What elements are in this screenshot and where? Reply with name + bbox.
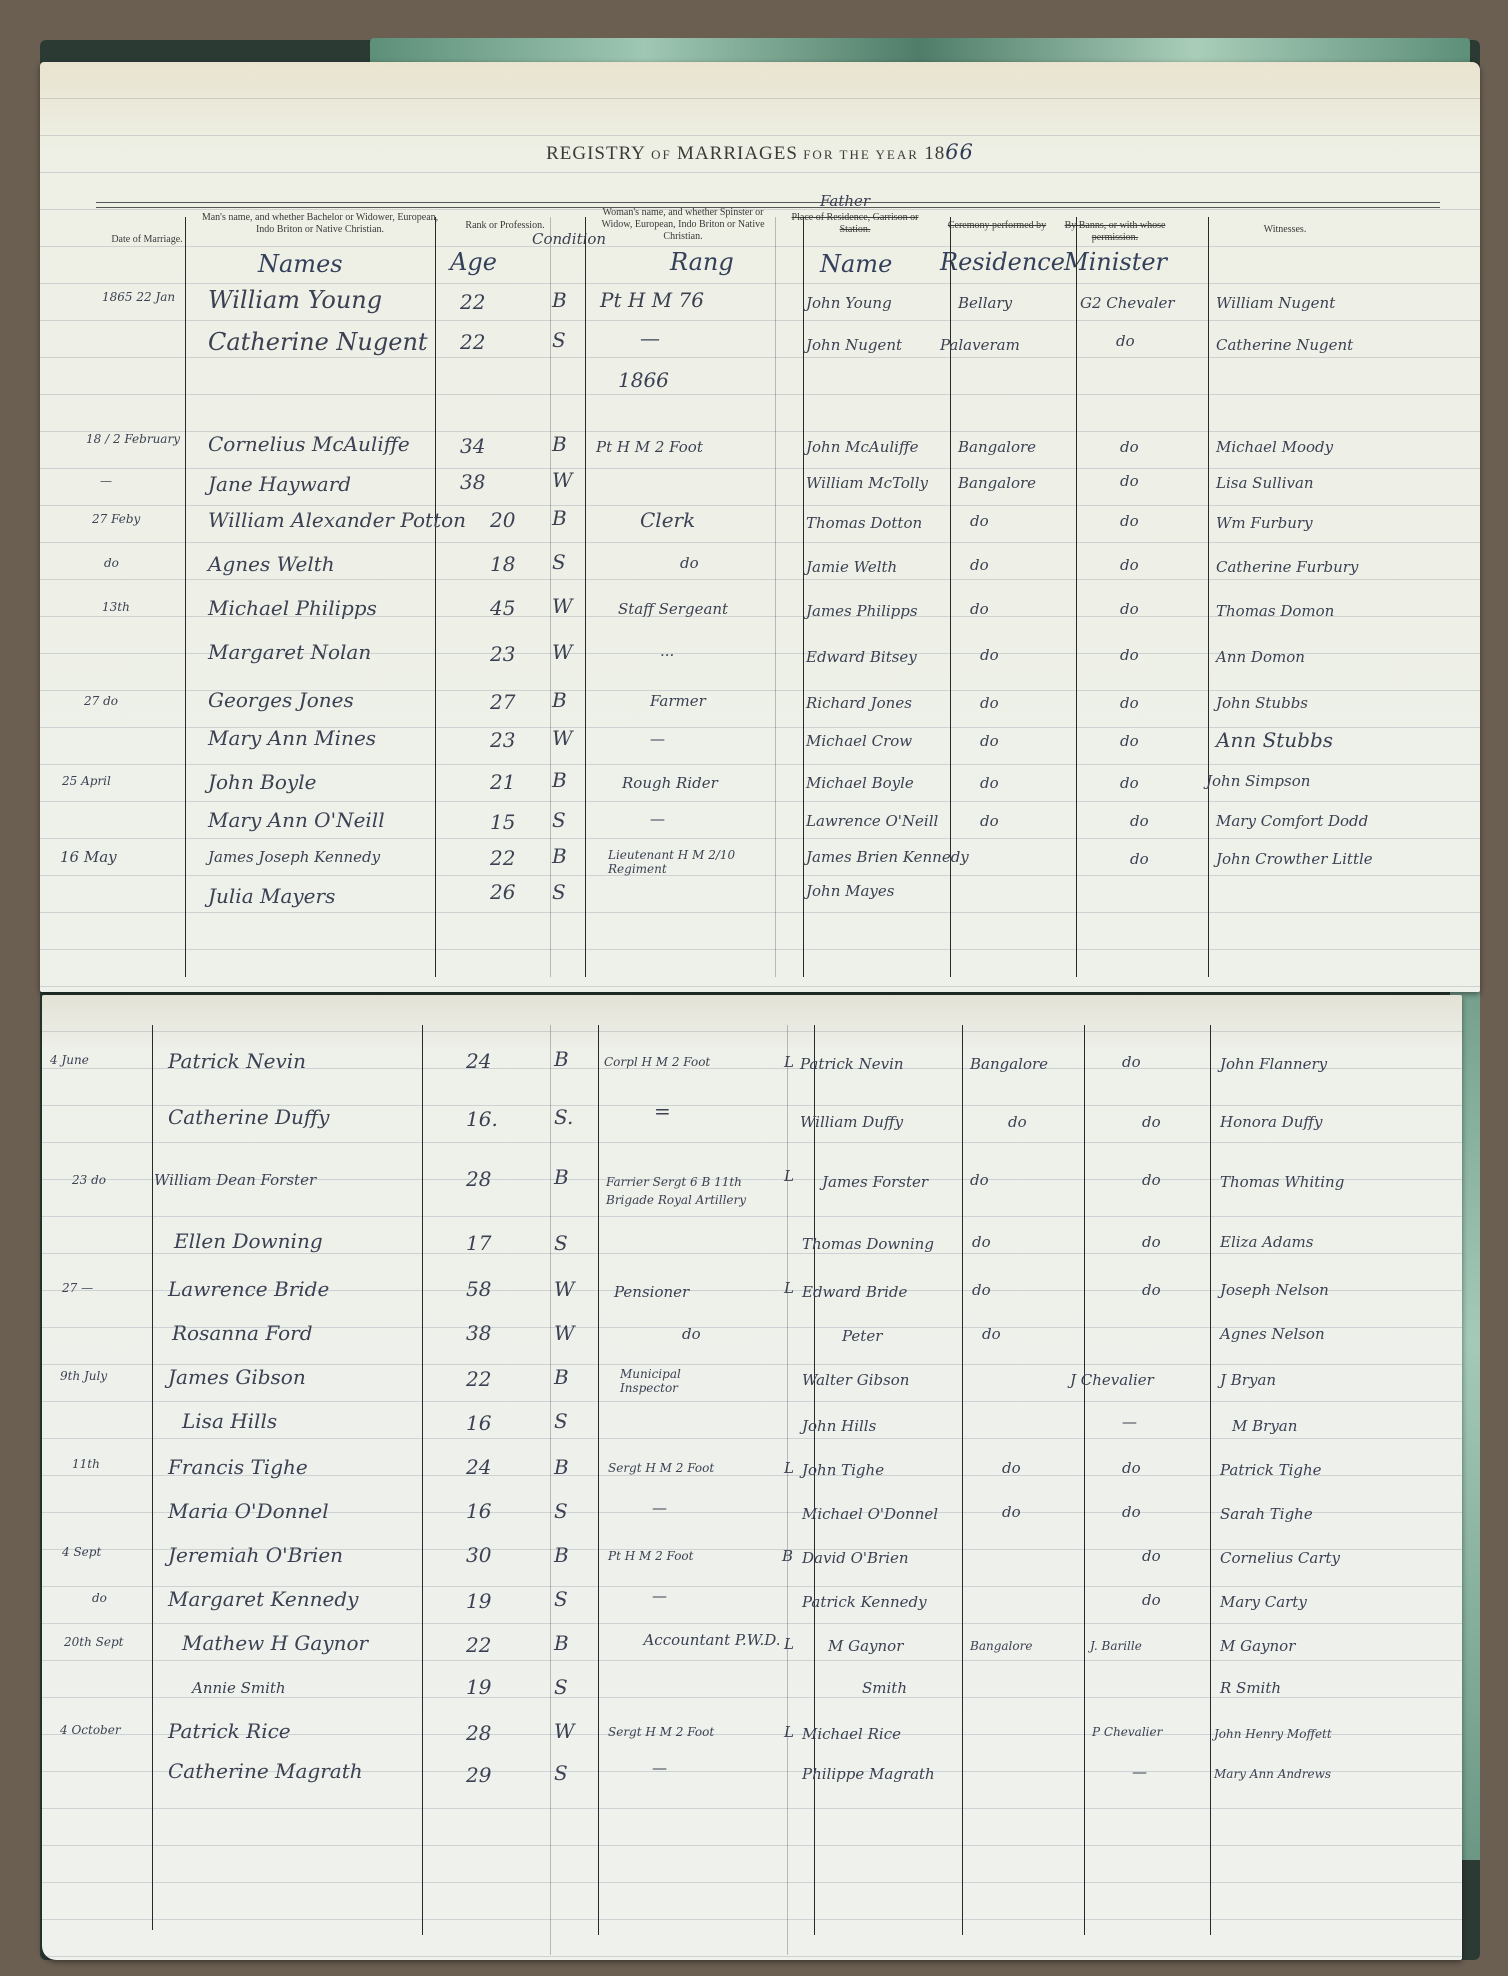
row-witness: John Simpson: [1206, 772, 1310, 790]
row-father: John Mayes: [806, 882, 894, 900]
row-condition: S.: [554, 1105, 573, 1129]
row-residence: do: [980, 694, 999, 712]
row-name: Cornelius McAuliffe: [208, 432, 410, 456]
column-divider: [814, 1025, 815, 1935]
row-rank: Rough Rider: [622, 774, 718, 792]
row-age: 18: [490, 552, 515, 576]
row-residence: do: [972, 1233, 991, 1251]
row-minister: —: [1132, 1763, 1147, 1781]
row-name: Margaret Kennedy: [168, 1587, 358, 1611]
row-condition: B: [554, 1631, 569, 1655]
row-name: William Young: [208, 286, 382, 314]
row-witness: M Gaynor: [1220, 1637, 1295, 1655]
row-age: 27: [490, 690, 515, 714]
row-residence: do: [970, 556, 989, 574]
row-rank: Clerk: [640, 508, 695, 532]
column-divider: [598, 1025, 599, 1935]
row-residence: do: [980, 646, 999, 664]
row-minister: do: [1142, 1281, 1161, 1299]
row-age: 58: [466, 1277, 491, 1301]
row-witness: Honora Duffy: [1220, 1113, 1322, 1131]
row-rank: —: [652, 1759, 667, 1777]
row-father: Patrick Nevin: [800, 1055, 904, 1073]
row-age: 38: [460, 470, 485, 494]
row-age: 23: [490, 642, 515, 666]
row-minister: do: [1130, 812, 1149, 830]
row-father: Walter Gibson: [802, 1371, 909, 1389]
row-witness: John Crowther Little: [1216, 850, 1373, 868]
row-date: 9th July: [60, 1369, 107, 1383]
row-condition: W: [552, 640, 573, 664]
col-header-condition-hand: Condition: [532, 230, 606, 248]
row-age: 30: [466, 1543, 491, 1567]
row-father: James Brien Kennedy: [806, 848, 969, 866]
title-year-handwritten: 66: [945, 140, 974, 164]
row-age: 26: [490, 880, 515, 904]
row-father: Smith: [862, 1679, 907, 1697]
col-header-witnesses: Witnesses.: [1220, 224, 1350, 236]
row-father: Richard Jones: [806, 694, 912, 712]
row-residence: Bangalore: [970, 1639, 1032, 1653]
row-residence: do: [1002, 1459, 1021, 1477]
row-witness: William Nugent: [1216, 294, 1335, 312]
row-witness: Agnes Nelson: [1220, 1325, 1325, 1343]
row-mark: L: [784, 1053, 794, 1071]
row-condition: B: [554, 1365, 569, 1389]
column-divider: [585, 217, 586, 977]
row-witness: John Henry Moffett: [1214, 1727, 1332, 1741]
row-rank: —: [650, 810, 665, 828]
col-header-man-hand: Names: [258, 250, 343, 278]
row-condition: B: [552, 844, 567, 868]
row-name: Lawrence Bride: [168, 1277, 329, 1301]
row-residence: do: [1002, 1503, 1021, 1521]
col-header-residence-hand: Residence: [940, 248, 1065, 276]
row-rank: Staff Sergeant: [618, 600, 728, 618]
row-witness: Thomas Domon: [1216, 602, 1334, 620]
row-witness: Lisa Sullivan: [1216, 474, 1314, 492]
row-minister: do: [1120, 774, 1139, 792]
row-mark: L: [784, 1723, 794, 1741]
row-witness: M Bryan: [1232, 1417, 1297, 1435]
row-father: M Gaynor: [828, 1637, 903, 1655]
row-condition: B: [554, 1455, 569, 1479]
row-rank: Farrier Sergt 6 B 11th Brigade Royal Art…: [606, 1173, 776, 1209]
column-divider: [1084, 1025, 1085, 1935]
row-age: 22: [460, 290, 485, 314]
row-rank: Accountant P.W.D.: [642, 1631, 782, 1649]
row-rank: Farmer: [650, 692, 706, 710]
col-header-ceremony: Ceremony performed by: [948, 220, 1046, 231]
column-divider: [185, 217, 186, 977]
row-name: Mary Ann Mines: [208, 726, 376, 750]
row-condition: S: [552, 328, 566, 352]
row-minister: do: [1120, 512, 1139, 530]
row-father: John Tighe: [802, 1461, 884, 1479]
row-father: Peter: [842, 1327, 882, 1345]
row-father: Thomas Dotton: [806, 514, 922, 532]
row-name: Agnes Welth: [208, 552, 335, 576]
row-father: Michael Crow: [806, 732, 912, 750]
col-header-banns: By Banns, or with whose permission.: [1065, 220, 1166, 243]
col-header-date: Date of Marriage.: [102, 234, 192, 246]
row-condition: S: [554, 1499, 568, 1523]
row-date: 1865 22 Jan: [102, 290, 175, 304]
row-minister: J. Barille: [1090, 1639, 1142, 1653]
row-witness: Michael Moody: [1216, 438, 1333, 456]
col-header-man: Man's name, and whether Bachelor or Wido…: [200, 212, 440, 236]
row-age: 16: [466, 1499, 491, 1523]
row-residence: Bellary: [958, 294, 1012, 312]
row-name: Francis Tighe: [168, 1455, 308, 1479]
row-condition: S: [554, 1231, 568, 1255]
row-residence: Bangalore: [958, 438, 1036, 456]
row-condition: W: [554, 1277, 575, 1301]
row-witness: John Flannery: [1220, 1055, 1327, 1073]
row-date: —: [100, 474, 112, 488]
row-age: 28: [466, 1721, 491, 1745]
row-date: 11th: [72, 1457, 100, 1471]
row-father: William McTolly: [806, 474, 928, 492]
column-divider: [1208, 217, 1209, 977]
row-name: Jeremiah O'Brien: [168, 1543, 343, 1567]
row-name: Mary Ann O'Neill: [208, 808, 385, 832]
row-age: 22: [460, 330, 485, 354]
row-residence: do: [1008, 1113, 1027, 1131]
row-name: Julia Mayers: [208, 884, 335, 908]
row-rank: Pt H M 2 Foot: [608, 1549, 693, 1563]
row-minister: do: [1120, 694, 1139, 712]
row-age: 28: [466, 1167, 491, 1191]
row-condition: B: [552, 288, 567, 312]
row-condition: S: [554, 1761, 568, 1785]
row-residence: do: [980, 732, 999, 750]
row-mark: L: [784, 1635, 794, 1653]
row-father: Edward Bitsey: [806, 648, 917, 666]
row-name: Georges Jones: [208, 688, 354, 712]
row-condition: B: [552, 506, 567, 530]
column-divider: [550, 1025, 551, 1955]
row-father: John McAuliffe: [806, 438, 919, 456]
title-of: OF: [651, 147, 672, 162]
row-father: Lawrence O'Neill: [806, 812, 938, 830]
row-rank: —: [650, 730, 665, 748]
row-minister: do: [1122, 1459, 1141, 1477]
row-father: Patrick Kennedy: [802, 1593, 927, 1611]
column-divider: [787, 1025, 788, 1955]
row-minister: do: [1120, 646, 1139, 664]
row-date: 20th Sept: [64, 1635, 123, 1649]
row-name: Annie Smith: [192, 1679, 286, 1697]
year-marker: 1866: [618, 368, 669, 392]
column-divider: [435, 217, 436, 977]
row-mark: L: [784, 1167, 794, 1185]
row-condition: B: [554, 1047, 569, 1071]
row-age: 17: [466, 1231, 491, 1255]
row-condition: S: [554, 1675, 568, 1699]
row-residence: Palaveram: [940, 336, 1020, 354]
title-for-the-year: FOR THE YEAR: [803, 147, 919, 162]
row-age: 22: [466, 1367, 491, 1391]
row-date: 16 May: [60, 848, 117, 866]
row-age: 21: [490, 770, 515, 794]
row-date: 23 do: [72, 1173, 106, 1187]
col-header-name-hand: Name: [820, 250, 892, 278]
row-name: William Alexander Potton: [208, 508, 466, 532]
column-divider: [962, 1025, 963, 1935]
col-header-place: Place of Residence, Garrison or Station.: [792, 212, 919, 235]
row-age: 19: [466, 1589, 491, 1613]
row-name: Patrick Nevin: [168, 1049, 306, 1073]
row-residence: do: [980, 812, 999, 830]
row-rank: Corpl H M 2 Foot: [604, 1055, 710, 1069]
row-rank: —: [652, 1499, 667, 1517]
row-minister: do: [1122, 1053, 1141, 1071]
row-age: 34: [460, 434, 485, 458]
row-witness: Cornelius Carty: [1220, 1549, 1340, 1567]
row-date: 4 June: [50, 1053, 89, 1067]
row-father: Michael O'Donnel: [802, 1505, 938, 1523]
row-age: 24: [466, 1455, 491, 1479]
row-witness: Joseph Nelson: [1220, 1281, 1329, 1299]
row-witness: Mary Carty: [1220, 1593, 1307, 1611]
row-rank: ...: [660, 642, 674, 660]
row-minister: do: [1120, 472, 1139, 490]
row-witness: J Bryan: [1220, 1371, 1276, 1389]
row-father: James Forster: [822, 1173, 928, 1191]
column-divider: [422, 1025, 423, 1935]
row-rank: =: [654, 1099, 671, 1123]
row-residence: Bangalore: [958, 474, 1036, 492]
row-witness: Wm Furbury: [1216, 514, 1313, 532]
row-condition: B: [554, 1165, 569, 1189]
row-name: Maria O'Donnel: [168, 1499, 329, 1523]
row-residence: do: [970, 600, 989, 618]
row-name: Michael Philipps: [208, 596, 377, 620]
row-father: Michael Rice: [802, 1725, 901, 1743]
row-name: William Dean Forster: [154, 1171, 316, 1189]
row-date: 27 Feby: [92, 512, 140, 526]
row-condition: S: [552, 880, 566, 904]
row-condition: S: [554, 1409, 568, 1433]
row-name: Ellen Downing: [174, 1229, 323, 1253]
row-minister: do: [1142, 1233, 1161, 1251]
row-rank: Sergt H M 2 Foot: [608, 1725, 714, 1739]
row-mark: L: [784, 1279, 794, 1297]
column-divider: [775, 217, 776, 977]
row-rank: Pt H M 2 Foot: [596, 438, 703, 456]
row-condition: W: [552, 468, 573, 492]
row-date: 25 April: [62, 774, 111, 788]
title-registry: REGISTRY: [546, 143, 646, 164]
column-divider: [152, 1025, 153, 1930]
row-age: 20: [490, 508, 515, 532]
row-condition: S: [552, 550, 566, 574]
row-residence: Bangalore: [970, 1055, 1048, 1073]
row-date: do: [92, 1591, 107, 1605]
row-witness: Catherine Furbury: [1216, 558, 1358, 576]
row-minister: do: [1116, 332, 1135, 350]
row-rank: do: [682, 1325, 701, 1343]
row-witness: Patrick Tighe: [1220, 1461, 1322, 1479]
row-minister: P Chevalier: [1092, 1725, 1162, 1739]
row-name: James Joseph Kennedy: [208, 848, 380, 866]
row-date: 4 October: [60, 1723, 121, 1737]
row-father: Edward Bride: [802, 1283, 907, 1301]
row-name: Lisa Hills: [182, 1409, 277, 1433]
row-age: 16.: [466, 1107, 498, 1131]
row-name: Margaret Nolan: [208, 640, 371, 664]
row-name: Mathew H Gaynor: [182, 1631, 368, 1655]
row-rank: Lieutenant H M 2/10 Regiment: [608, 848, 768, 876]
row-minister: do: [1120, 732, 1139, 750]
row-date: 13th: [102, 600, 130, 614]
col-header-minister-hand: Minister: [1064, 248, 1167, 276]
row-father: John Nugent: [806, 336, 902, 354]
row-name: James Gibson: [168, 1365, 306, 1389]
row-date: 18 / 2 February: [86, 432, 180, 446]
row-witness: Ann Stubbs: [1216, 728, 1333, 752]
row-condition: B: [552, 688, 567, 712]
row-minister: do: [1120, 438, 1139, 456]
row-residence: do: [970, 1171, 989, 1189]
row-witness: Thomas Whiting: [1220, 1173, 1344, 1191]
row-rank: —: [640, 326, 660, 350]
col-header-age-hand: Age: [450, 248, 497, 276]
row-condition: W: [552, 726, 573, 750]
col-header-rang-hand: Rang: [670, 248, 734, 276]
row-minister: do: [1122, 1503, 1141, 1521]
row-condition: W: [552, 594, 573, 618]
row-rank: —: [652, 1587, 667, 1605]
row-minister: do: [1120, 556, 1139, 574]
row-residence: do: [972, 1281, 991, 1299]
header-rule: [96, 202, 1440, 208]
row-mark: B: [782, 1547, 793, 1565]
row-age: 29: [466, 1763, 491, 1787]
page-title: REGISTRY OF MARRIAGES FOR THE YEAR 1866: [40, 140, 1480, 165]
row-witness: Mary Comfort Dodd: [1216, 812, 1368, 830]
row-age: 16: [466, 1411, 491, 1435]
row-condition: W: [554, 1321, 575, 1345]
row-father: David O'Brien: [802, 1549, 909, 1567]
row-rank: Municipal Inspector: [620, 1367, 740, 1395]
row-father: Jamie Welth: [806, 558, 897, 576]
row-date: 4 Sept: [62, 1545, 101, 1559]
row-father: John Hills: [802, 1417, 876, 1435]
row-minister: do: [1130, 850, 1149, 868]
row-condition: S: [552, 808, 566, 832]
col-header-woman: Woman's name, and whether Spinster or Wi…: [598, 207, 768, 243]
row-residence: do: [970, 512, 989, 530]
row-name: Catherine Nugent: [208, 328, 428, 356]
row-minister: —: [1122, 1413, 1137, 1431]
row-minister: do: [1142, 1113, 1161, 1131]
row-age: 23: [490, 728, 515, 752]
row-father: Michael Boyle: [806, 774, 914, 792]
row-name: Rosanna Ford: [172, 1321, 313, 1345]
row-witness: Ann Domon: [1216, 648, 1305, 666]
row-date: do: [104, 556, 119, 570]
row-age: 22: [466, 1633, 491, 1657]
col-header-father-hand: Father: [820, 192, 870, 210]
column-divider: [1210, 1025, 1211, 1935]
row-minister: do: [1142, 1547, 1161, 1565]
row-rank: do: [680, 554, 699, 572]
row-name: Catherine Duffy: [168, 1105, 329, 1129]
row-father: Thomas Downing: [802, 1235, 934, 1253]
column-divider: [803, 217, 804, 977]
title-year-printed: 18: [924, 143, 945, 164]
register-page-top: REGISTRY OF MARRIAGES FOR THE YEAR 1866 …: [40, 62, 1480, 992]
row-minister: do: [1142, 1171, 1161, 1189]
row-witness: Catherine Nugent: [1216, 336, 1353, 354]
row-age: 38: [466, 1321, 491, 1345]
row-rank: Pt H M 76: [600, 288, 704, 312]
row-name: John Boyle: [208, 770, 316, 794]
row-name: Patrick Rice: [168, 1719, 291, 1743]
row-age: 19: [466, 1675, 491, 1699]
row-condition: S: [554, 1587, 568, 1611]
row-condition: B: [552, 432, 567, 456]
row-father: Philippe Magrath: [802, 1765, 935, 1783]
row-age: 45: [490, 596, 515, 620]
row-date: 27 —: [62, 1281, 93, 1295]
row-minister: do: [1120, 600, 1139, 618]
row-age: 24: [466, 1049, 491, 1073]
row-minister: do: [1142, 1591, 1161, 1609]
column-divider: [550, 217, 551, 977]
row-minister: G2 Chevaler: [1080, 294, 1175, 312]
row-name: Jane Hayward: [208, 472, 351, 496]
row-date: 27 do: [84, 694, 118, 708]
title-marriages: MARRIAGES: [677, 143, 798, 164]
row-witness: John Stubbs: [1216, 694, 1308, 712]
row-age: 15: [490, 810, 515, 834]
row-rank: Sergt H M 2 Foot: [608, 1461, 714, 1475]
row-father: William Duffy: [800, 1113, 903, 1131]
row-witness: Mary Ann Andrews: [1214, 1767, 1331, 1781]
row-rank: Pensioner: [614, 1283, 689, 1301]
row-residence: do: [980, 774, 999, 792]
row-age: 22: [490, 846, 515, 870]
row-minister: J Chevalier: [1070, 1371, 1154, 1389]
row-witness: Eliza Adams: [1220, 1233, 1313, 1251]
row-father: John Young: [806, 294, 892, 312]
register-page-bottom: 4 June Patrick Nevin 24 B Corpl H M 2 Fo…: [42, 995, 1462, 1960]
row-residence: do: [982, 1325, 1001, 1343]
row-condition: B: [552, 768, 567, 792]
row-witness: R Smith: [1220, 1679, 1281, 1697]
row-witness: Sarah Tighe: [1220, 1505, 1313, 1523]
column-divider: [1076, 217, 1077, 977]
row-condition: B: [554, 1543, 569, 1567]
row-mark: L: [784, 1459, 794, 1477]
row-name: Catherine Magrath: [168, 1759, 363, 1783]
row-condition: W: [554, 1719, 575, 1743]
row-father: James Philipps: [806, 602, 918, 620]
